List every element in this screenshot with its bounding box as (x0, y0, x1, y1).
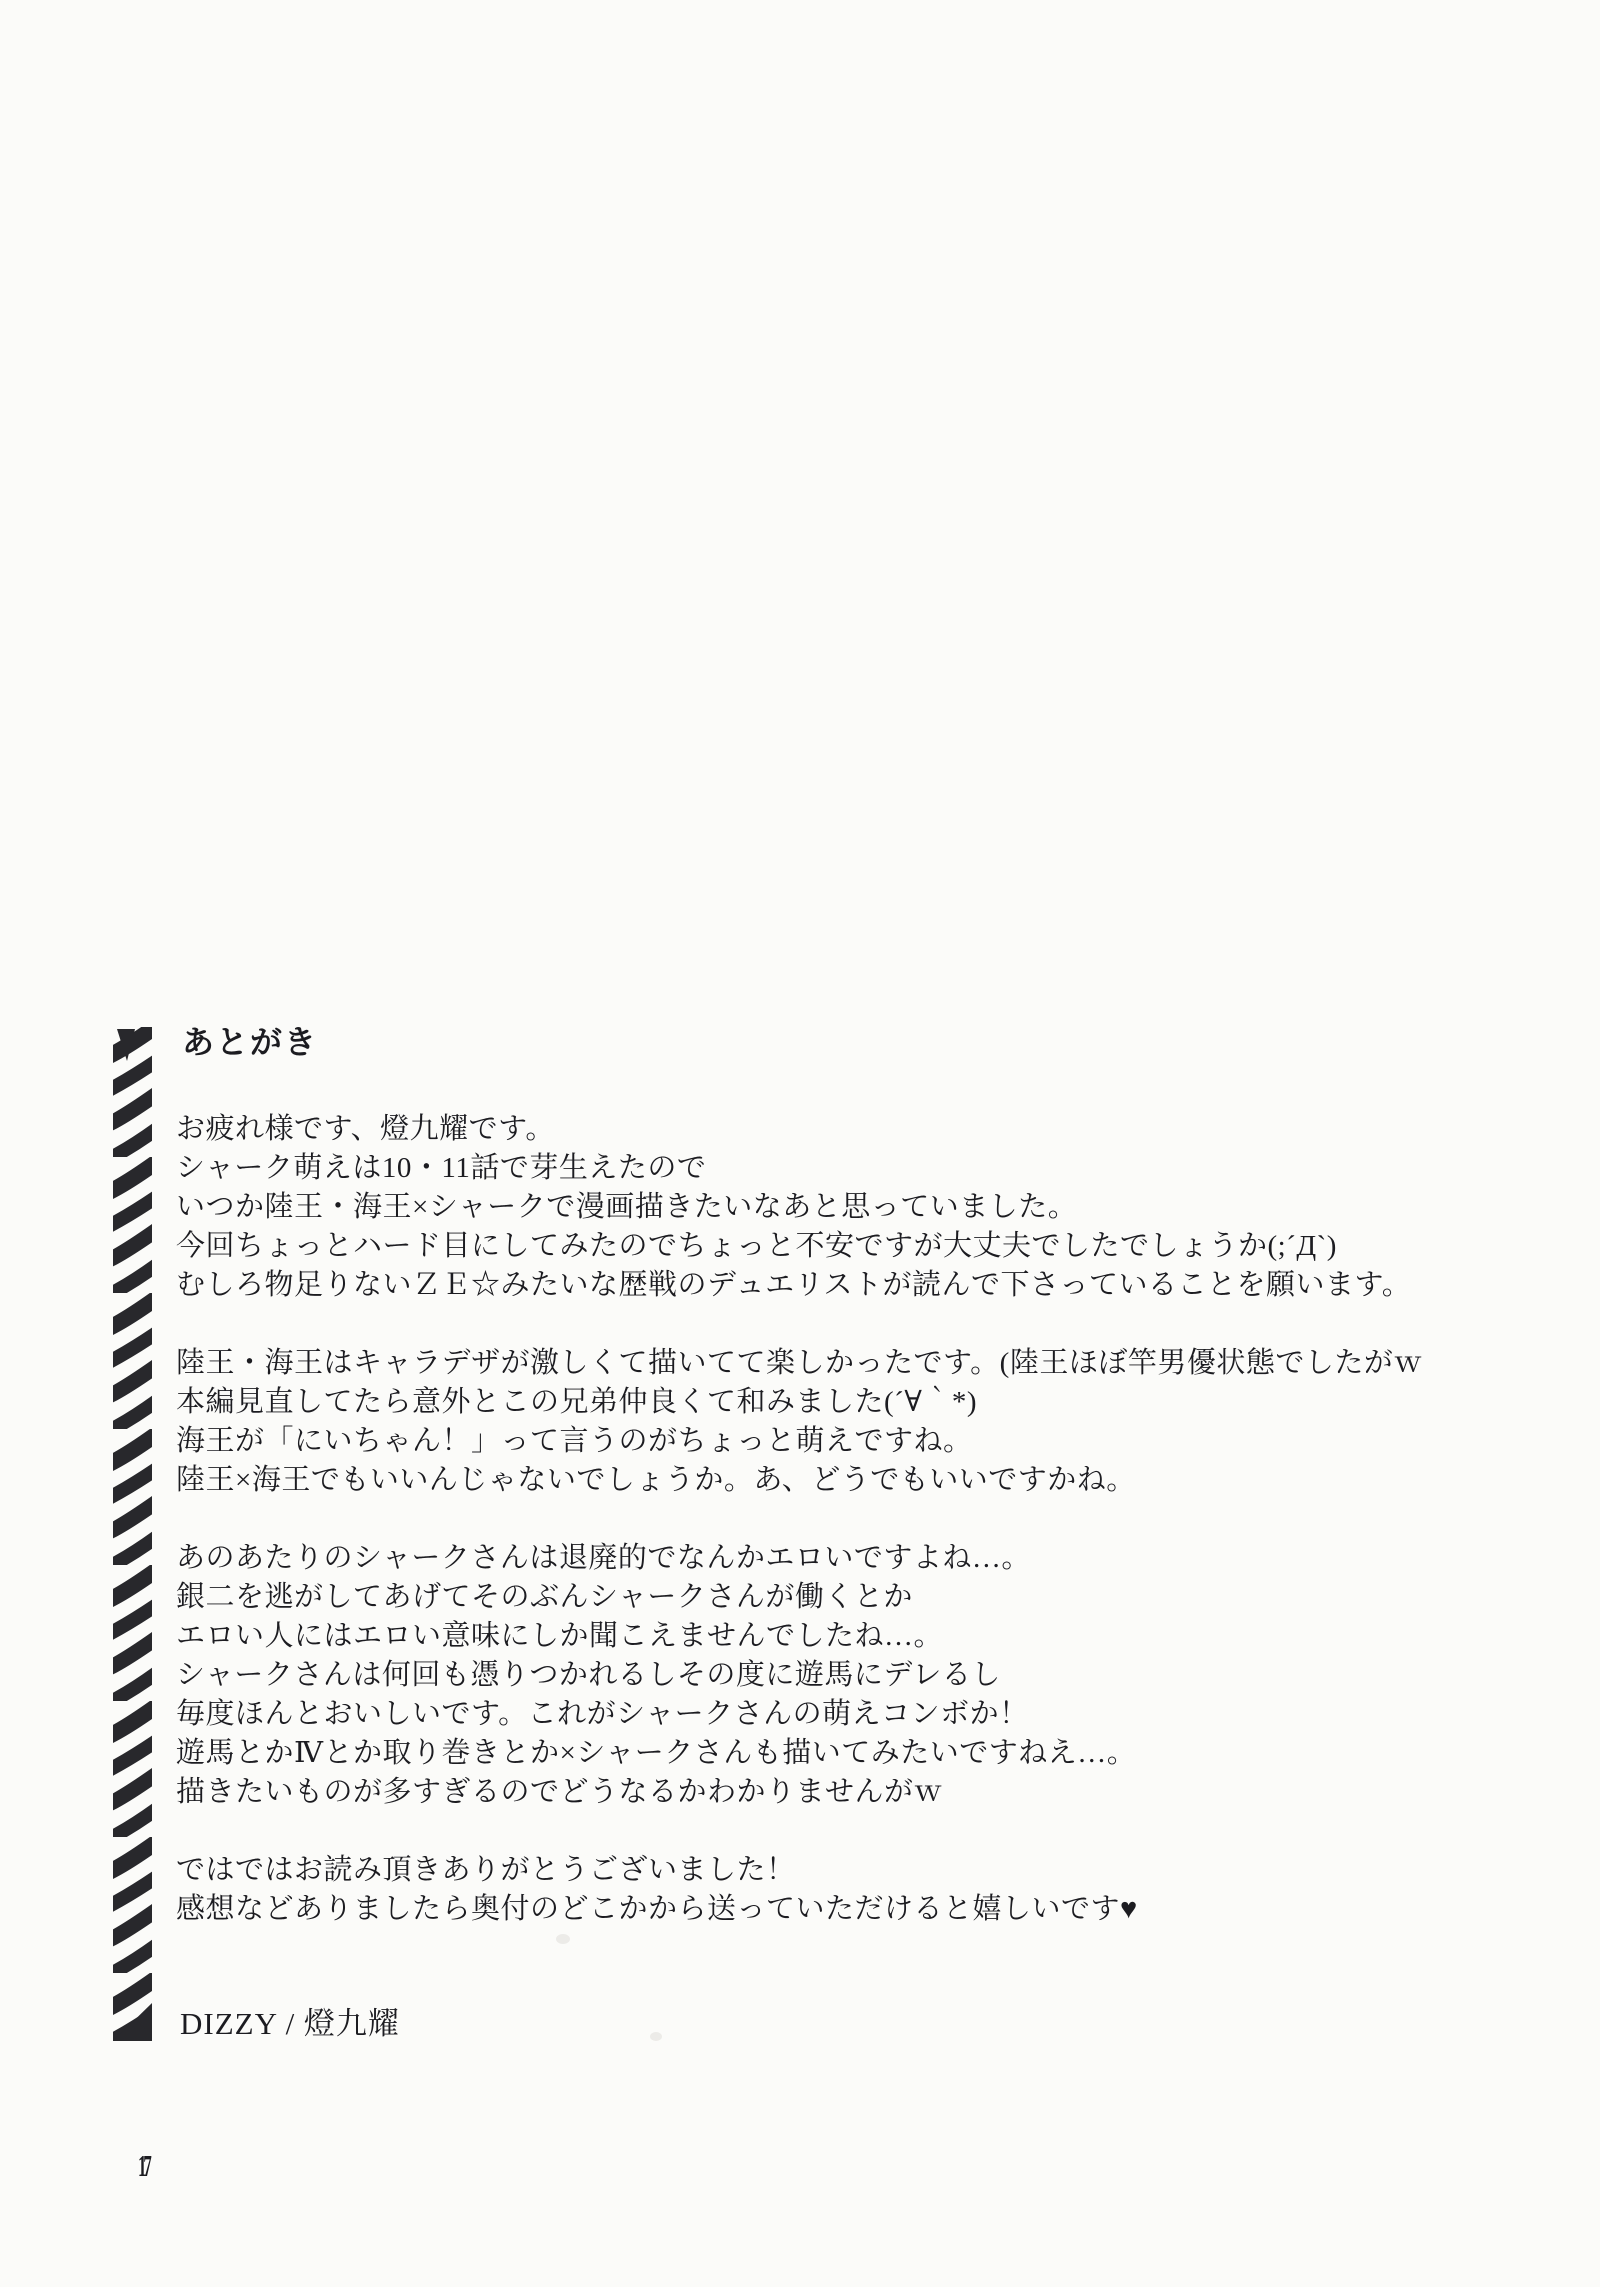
paragraph: 陸王・海王はキャラデザが激しくて描いてて楽しかったです。(陸王ほぼ竿男優状態でし… (176, 1344, 1506, 1500)
text-line: 陸王×海王でもいいんじゃないでしょうか。あ、どうでもいいですかね。 (176, 1461, 1506, 1500)
text-line: シャークさんは何回も憑りつかれるしその度に遊馬にデレるし (176, 1656, 1506, 1695)
text-line: 海王が「にいちゃん！」って言うのがちょっと萌えですね。 (176, 1422, 1506, 1461)
afterword-heading: あとがき (182, 1022, 318, 1062)
author-signature: DIZZY / 燈九耀 (180, 2004, 400, 2044)
paragraph: お疲れ様です、燈九耀です。シャーク萌えは10・11話で芽生えたのでいつか陸王・海… (176, 1110, 1506, 1305)
paragraph: あのあたりのシャークさんは退廃的でなんかエロいですよね…。銀二を逃がしてあげてそ… (176, 1539, 1506, 1812)
afterword-page: あとがき お疲れ様です、燈九耀です。シャーク萌えは10・11話で芽生えたのでいつ… (0, 0, 1600, 2287)
text-line: シャーク萌えは10・11話で芽生えたので (176, 1149, 1506, 1188)
text-line: むしろ物足りないＺＥ☆みたいな歴戦のデュエリストが読んで下さっていることを願いま… (176, 1266, 1506, 1305)
paragraph: ではではお読み頂きありがとうございました！感想などありましたら奥付のどこかから送… (176, 1851, 1506, 1929)
text-line: いつか陸王・海王×シャークで漫画描きたいなあと思っていました。 (176, 1188, 1506, 1227)
text-line: あのあたりのシャークさんは退廃的でなんかエロいですよね…。 (176, 1539, 1506, 1578)
text-line: 感想などありましたら奥付のどこかから送っていただけると嬉しいです♥ (176, 1890, 1506, 1929)
text-line: お疲れ様です、燈九耀です。 (176, 1110, 1506, 1149)
text-line: 陸王・海王はキャラデザが激しくて描いてて楽しかったです。(陸王ほぼ竿男優状態でし… (176, 1344, 1506, 1383)
text-line: 描きたいものが多すぎるのでどうなるかわかりませんがｗ (176, 1773, 1506, 1812)
text-line: 今回ちょっとハード目にしてみたのでちょっと不安ですが大丈夫でしたでしょうか(;´… (176, 1227, 1506, 1266)
text-line: 本編見直してたら意外とこの兄弟仲良くて和みました(´∀｀*) (176, 1383, 1506, 1422)
text-line: エロい人にはエロい意味にしか聞こえませんでしたね…。 (176, 1617, 1506, 1656)
text-line: 毎度ほんとおいしいです。これがシャークさんの萌えコンボか！ (176, 1695, 1506, 1734)
zebra-stripe-bar (113, 1027, 152, 2041)
scan-speck (650, 2032, 662, 2041)
text-line: 遊馬とかⅣとか取り巻きとか×シャークさんも描いてみたいですねえ…。 (176, 1734, 1506, 1773)
afterword-body: お疲れ様です、燈九耀です。シャーク萌えは10・11話で芽生えたのでいつか陸王・海… (176, 1110, 1506, 1929)
scan-speck (556, 1934, 570, 1944)
page-number: 17 (138, 2148, 148, 2184)
text-line: 銀二を逃がしてあげてそのぶんシャークさんが働くとか (176, 1578, 1506, 1617)
text-line: ではではお読み頂きありがとうございました！ (176, 1851, 1506, 1890)
